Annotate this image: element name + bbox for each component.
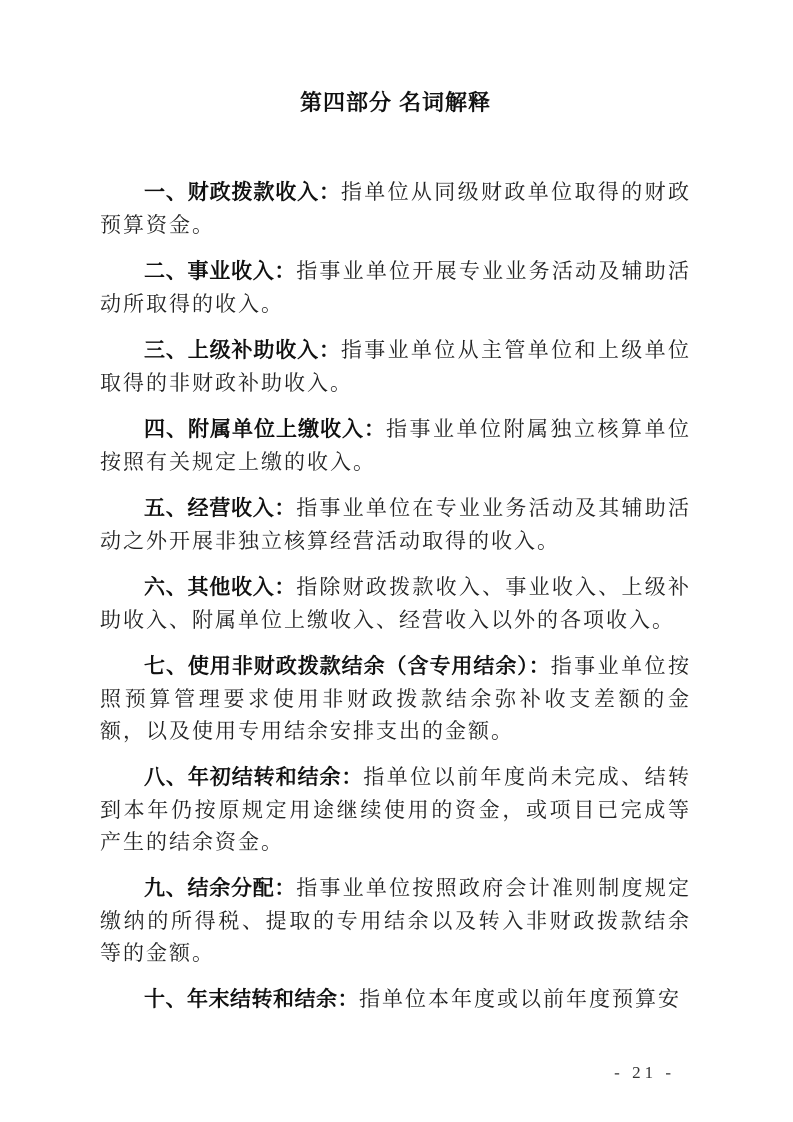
- term-paragraph: 九、结余分配：指事业单位按照政府会计准则制度规定缴纳的所得税、提取的专用结余以及…: [100, 872, 691, 969]
- term-label: 一、财政拨款收入：: [144, 181, 341, 204]
- term-definition: 指单位本年度或以前年度预算安: [359, 987, 681, 1011]
- term-paragraph: 一、财政拨款收入：指单位从同级财政单位取得的财政预算资金。: [100, 176, 691, 241]
- page-number: - 21 -: [614, 1063, 675, 1083]
- term-label: 四、附属单位上缴收入：: [144, 418, 386, 441]
- term-paragraph: 五、经营收入：指事业单位在专业业务活动及其辅助活动之外开展非独立核算经营活动取得…: [100, 492, 691, 557]
- term-label: 五、经营收入：: [144, 497, 296, 520]
- term-paragraph: 三、上级补助收入：指事业单位从主管单位和上级单位取得的非财政补助收入。: [100, 334, 691, 399]
- term-label: 八、年初结转和结余：: [144, 766, 363, 789]
- term-paragraph: 十、年末结转和结余：指单位本年度或以前年度预算安: [100, 983, 691, 1016]
- term-paragraph: 二、事业收入：指事业单位开展专业业务活动及辅助活动所取得的收入。: [100, 255, 691, 320]
- page-title: 第四部分 名词解释: [100, 88, 691, 118]
- term-paragraph: 八、年初结转和结余：指单位以前年度尚未完成、结转到本年仍按原规定用途继续使用的资…: [100, 761, 691, 858]
- term-label: 七、使用非财政拨款结余（含专用结余）：: [144, 655, 551, 678]
- term-label: 二、事业收入：: [144, 260, 296, 283]
- term-label: 三、上级补助收入：: [144, 339, 341, 362]
- term-paragraph: 七、使用非财政拨款结余（含专用结余）：指事业单位按照预算管理要求使用非财政拨款结…: [100, 650, 691, 747]
- term-label: 六、其他收入：: [144, 576, 296, 599]
- term-paragraph: 四、附属单位上缴收入：指事业单位附属独立核算单位按照有关规定上缴的收入。: [100, 413, 691, 478]
- term-paragraph: 六、其他收入：指除财政拨款收入、事业收入、上级补助收入、附属单位上缴收入、经营收…: [100, 571, 691, 636]
- definitions-section: 一、财政拨款收入：指单位从同级财政单位取得的财政预算资金。 二、事业收入：指事业…: [100, 176, 691, 1016]
- term-label: 九、结余分配：: [144, 877, 296, 900]
- term-label: 十、年末结转和结余：: [144, 988, 359, 1011]
- document-page: 第四部分 名词解释 一、财政拨款收入：指单位从同级财政单位取得的财政预算资金。 …: [0, 0, 793, 1122]
